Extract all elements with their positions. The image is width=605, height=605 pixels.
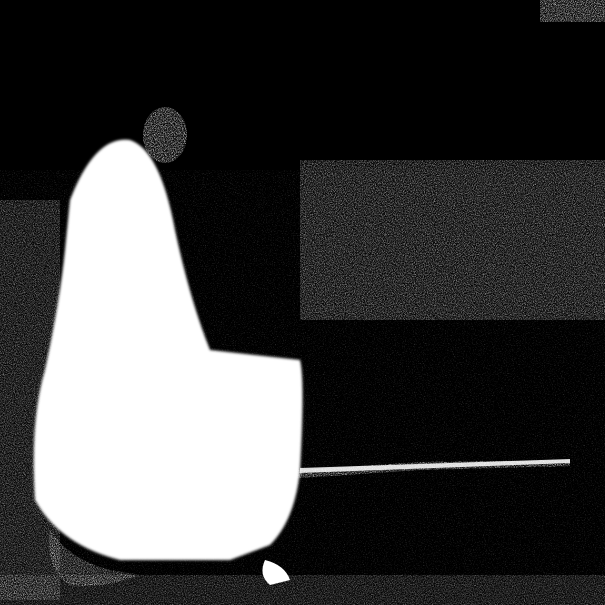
corner-highlight (540, 0, 605, 22)
photo-canvas (0, 0, 605, 605)
photo-scene (0, 0, 605, 605)
speckle-cluster (143, 107, 187, 163)
